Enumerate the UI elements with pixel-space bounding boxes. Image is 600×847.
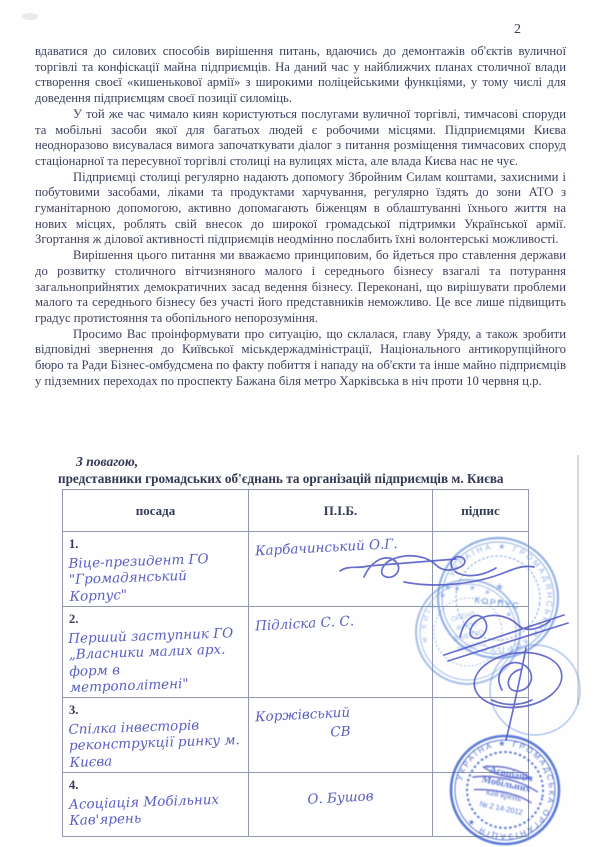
signatures-table: посада П.І.Б. підпис 1. Віце-президент Г… xyxy=(62,489,529,837)
col-header-signature: підпис xyxy=(433,490,529,532)
stamp-ghost-ring xyxy=(489,644,581,736)
closing-salutation: З повагою, xyxy=(76,454,138,470)
position-cell: 3. Спілка інвесторів реконструкції ринку… xyxy=(63,698,249,773)
position-handwriting: Спілка інвесторів реконструкції ринку м.… xyxy=(68,716,243,771)
table-row-1: 1. Віце-президент ГО "Громадянський Корп… xyxy=(63,532,529,607)
table-row-4: 4. Асоціація Мобільних Кав'ярень О. Бушо… xyxy=(63,773,529,837)
body-paragraph-3: Підприємці столиці регулярно надають доп… xyxy=(35,170,566,249)
position-cell: 1. Віце-президент ГО "Громадянський Корп… xyxy=(63,532,249,607)
document-page: 2 вдаватися до силових способів вирішенн… xyxy=(0,0,600,847)
table-row-2: 2. Перший заступник ГО „Власники малих а… xyxy=(63,606,529,697)
scan-smudge xyxy=(22,13,38,20)
position-handwriting: Віце-президент ГО "Громадянський Корпус" xyxy=(68,550,243,605)
name-cell: О. Бушов xyxy=(249,773,433,837)
body-paragraph-1: вдаватися до силових способів вирішення … xyxy=(35,44,566,107)
col-header-position: посада xyxy=(63,490,249,532)
scan-edge-line xyxy=(577,455,579,705)
page-number: 2 xyxy=(514,22,521,38)
name-handwriting: О. Бушов xyxy=(255,786,427,811)
position-handwriting: Асоціація Мобільних Кав'ярень xyxy=(68,791,242,830)
col-header-name: П.І.Б. xyxy=(249,490,433,532)
signature-cell xyxy=(433,532,529,607)
signatories-line: представники громадських об'єднань та ор… xyxy=(58,471,504,487)
name-handwriting: Карбачинський О.Г. xyxy=(255,535,427,560)
body-paragraph-2: У той же час чимало киян користуються по… xyxy=(35,107,566,170)
row-number: 1. xyxy=(69,537,78,551)
body-paragraph-4: Вирішення цього питання ми вважаємо прин… xyxy=(35,248,566,327)
signature-cell xyxy=(433,773,529,837)
letter-body: вдаватися до силових способів вирішення … xyxy=(35,44,566,389)
row-number: 2. xyxy=(69,612,78,626)
name-cell: Підліска С. С. xyxy=(249,606,433,697)
row-number: 3. xyxy=(69,703,78,717)
position-cell: 4. Асоціація Мобільних Кав'ярень xyxy=(63,773,249,837)
name-cell: Коржівський СВ xyxy=(249,698,433,773)
table-row-3: 3. Спілка інвесторів реконструкції ринку… xyxy=(63,698,529,773)
position-handwriting: Перший заступник ГО „Власники малих арх.… xyxy=(68,625,243,697)
name-cell: Карбачинський О.Г. xyxy=(249,532,433,607)
row-number: 4. xyxy=(69,778,78,792)
table-header-row: посада П.І.Б. підпис xyxy=(63,490,529,532)
body-paragraph-5: Просимо Вас проінформувати про ситуацію,… xyxy=(35,327,566,390)
name-handwriting: Підліска С. С. xyxy=(255,609,427,634)
position-cell: 2. Перший заступник ГО „Власники малих а… xyxy=(63,606,249,697)
